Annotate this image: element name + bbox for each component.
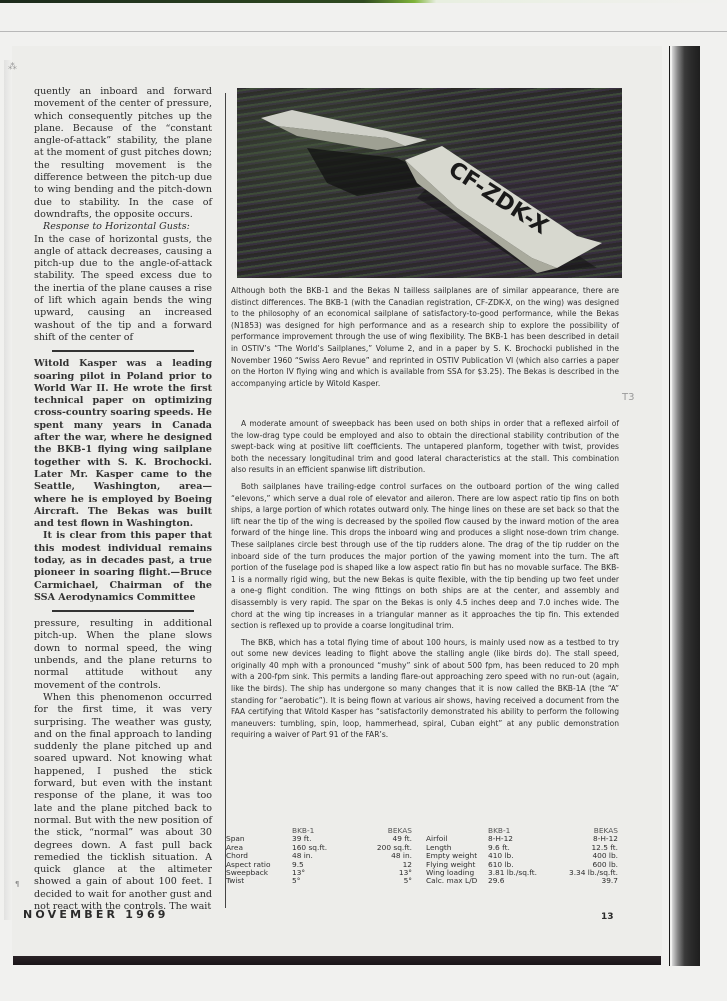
left-paragraph-4: When this phenomenon occurred for the fi… (34, 692, 212, 913)
spec-table-left: BKB-1 BEKAS Span39 ft.49 ft. Area160 sq.… (226, 827, 412, 886)
spec-row: Twist5°5° (226, 877, 412, 885)
page-number: 13 (601, 912, 614, 922)
margin-note-right: T3 (622, 392, 634, 403)
left-paragraph-2: In the case of horizontal gusts, the ang… (34, 234, 212, 345)
scan-fold-line (0, 31, 727, 32)
right-paragraph-2: Both sailplanes have trailing-edge contr… (231, 481, 619, 632)
spec-header-row: BKB-1 BEKAS (226, 827, 412, 835)
scan-left-smudge (4, 60, 12, 920)
author-tribute: It is clear from this paper that this mo… (34, 530, 212, 604)
footer-issue-date: NOVEMBER 1969 (23, 908, 169, 921)
left-subheading-paragraph: Response to Horizontal Gusts: (34, 221, 212, 233)
margin-mark-bottom-left: ¶ (15, 880, 19, 888)
left-paragraph-3: pressure, resulting in additional pitch-… (34, 618, 212, 692)
right-paragraph-3: The BKB, which has a total flying time o… (231, 637, 619, 741)
bio-bottom-rule (52, 610, 194, 612)
author-bio: Witold Kasper was a leading soaring pilo… (34, 358, 212, 530)
sailplane-illustration: CF-ZDK-X (237, 88, 622, 278)
sailplane-photo: CF-ZDK-X (237, 88, 622, 278)
column-divider (225, 93, 226, 908)
spec-row: Sweepback13°13° (226, 869, 412, 877)
right-column: A moderate amount of sweepback has been … (231, 418, 619, 746)
scan-right-edge-shadow (672, 46, 700, 966)
scan-right-border-line (669, 46, 670, 966)
left-column: quently an inboard and forward movement … (34, 86, 212, 913)
bio-top-rule (52, 350, 194, 352)
left-paragraph-1: quently an inboard and forward movement … (34, 86, 212, 221)
spec-table-right: BKB-1 BEKAS Airfoil8-H-128-H-12 Length9.… (426, 827, 618, 886)
scan-bottom-edge (13, 956, 661, 965)
photo-caption: Although both the BKB-1 and the Bekas N … (231, 285, 619, 389)
spec-header-row: BKB-1 BEKAS (426, 827, 618, 835)
spec-row: Calc. max L/D29.639.7 (426, 877, 618, 885)
spec-row: Area160 sq.ft.200 sq.ft. (226, 844, 412, 852)
margin-mark-top-left: ⁂ (8, 62, 17, 72)
right-paragraph-1: A moderate amount of sweepback has been … (231, 418, 619, 476)
scan-top-edge (0, 0, 727, 3)
spec-row: Airfoil8-H-128-H-12 (426, 835, 618, 843)
subheading-horizontal-gusts: Response to Horizontal Gusts: (43, 221, 190, 232)
